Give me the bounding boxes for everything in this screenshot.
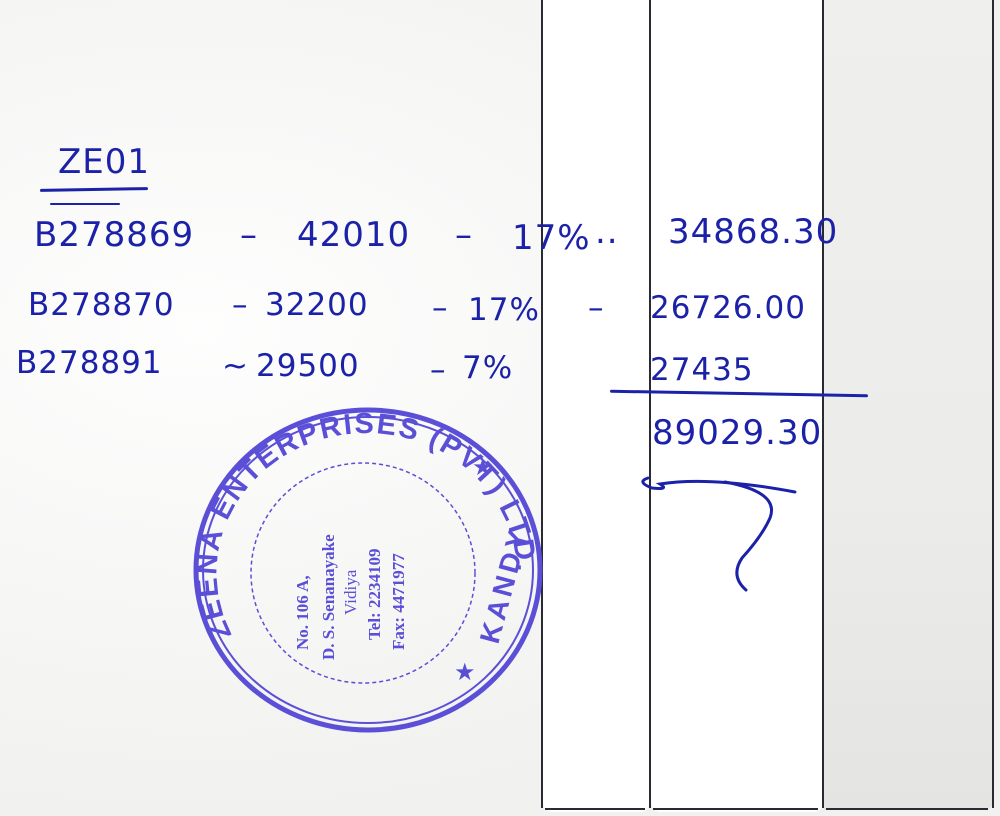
- bill-amount: 42010: [297, 215, 410, 255]
- signature-scribble: [630, 460, 830, 600]
- column-rule: [649, 0, 651, 808]
- bill-number: B278870: [28, 287, 175, 323]
- svg-text:No. 106 A,: No. 106 A,: [293, 575, 312, 650]
- discount-rate: 7%: [462, 350, 513, 386]
- net-amount: 26726.00: [650, 290, 806, 326]
- column-rule: [992, 0, 994, 808]
- bill-amount: 32200: [265, 287, 369, 323]
- bill-number: B278869: [34, 215, 194, 255]
- reference-underline: [50, 203, 120, 205]
- svg-text:★: ★: [454, 658, 476, 686]
- reference-code: ZE01: [58, 142, 150, 182]
- bill-amount: 29500: [256, 348, 360, 384]
- column-rule: [822, 0, 824, 808]
- stamp-address: No. 106 A, D. S. Senanayake Vidiya Tel: …: [268, 480, 448, 670]
- total-amount: 89029.30: [652, 413, 822, 453]
- right-column-shade: [824, 0, 994, 810]
- column-base-rule: [653, 808, 818, 810]
- svg-text:Tel: 2234109: Tel: 2234109: [365, 549, 384, 640]
- column-box-2: [651, 0, 823, 812]
- svg-text:Vidiya: Vidiya: [341, 569, 360, 615]
- svg-text:★: ★: [472, 453, 494, 481]
- column-base-rule: [545, 808, 645, 810]
- net-amount: 27435: [650, 352, 754, 388]
- svg-text:D. S. Senanayake: D. S. Senanayake: [319, 534, 338, 660]
- discount-rate: 17%: [468, 292, 540, 328]
- svg-text:Fax: 4471977: Fax: 4471977: [389, 553, 408, 650]
- net-amount: 34868.30: [668, 212, 838, 252]
- column-base-rule: [826, 808, 988, 810]
- bill-number: B278891: [16, 345, 163, 381]
- discount-rate: 17%: [512, 218, 591, 258]
- column-box-1: [543, 0, 650, 812]
